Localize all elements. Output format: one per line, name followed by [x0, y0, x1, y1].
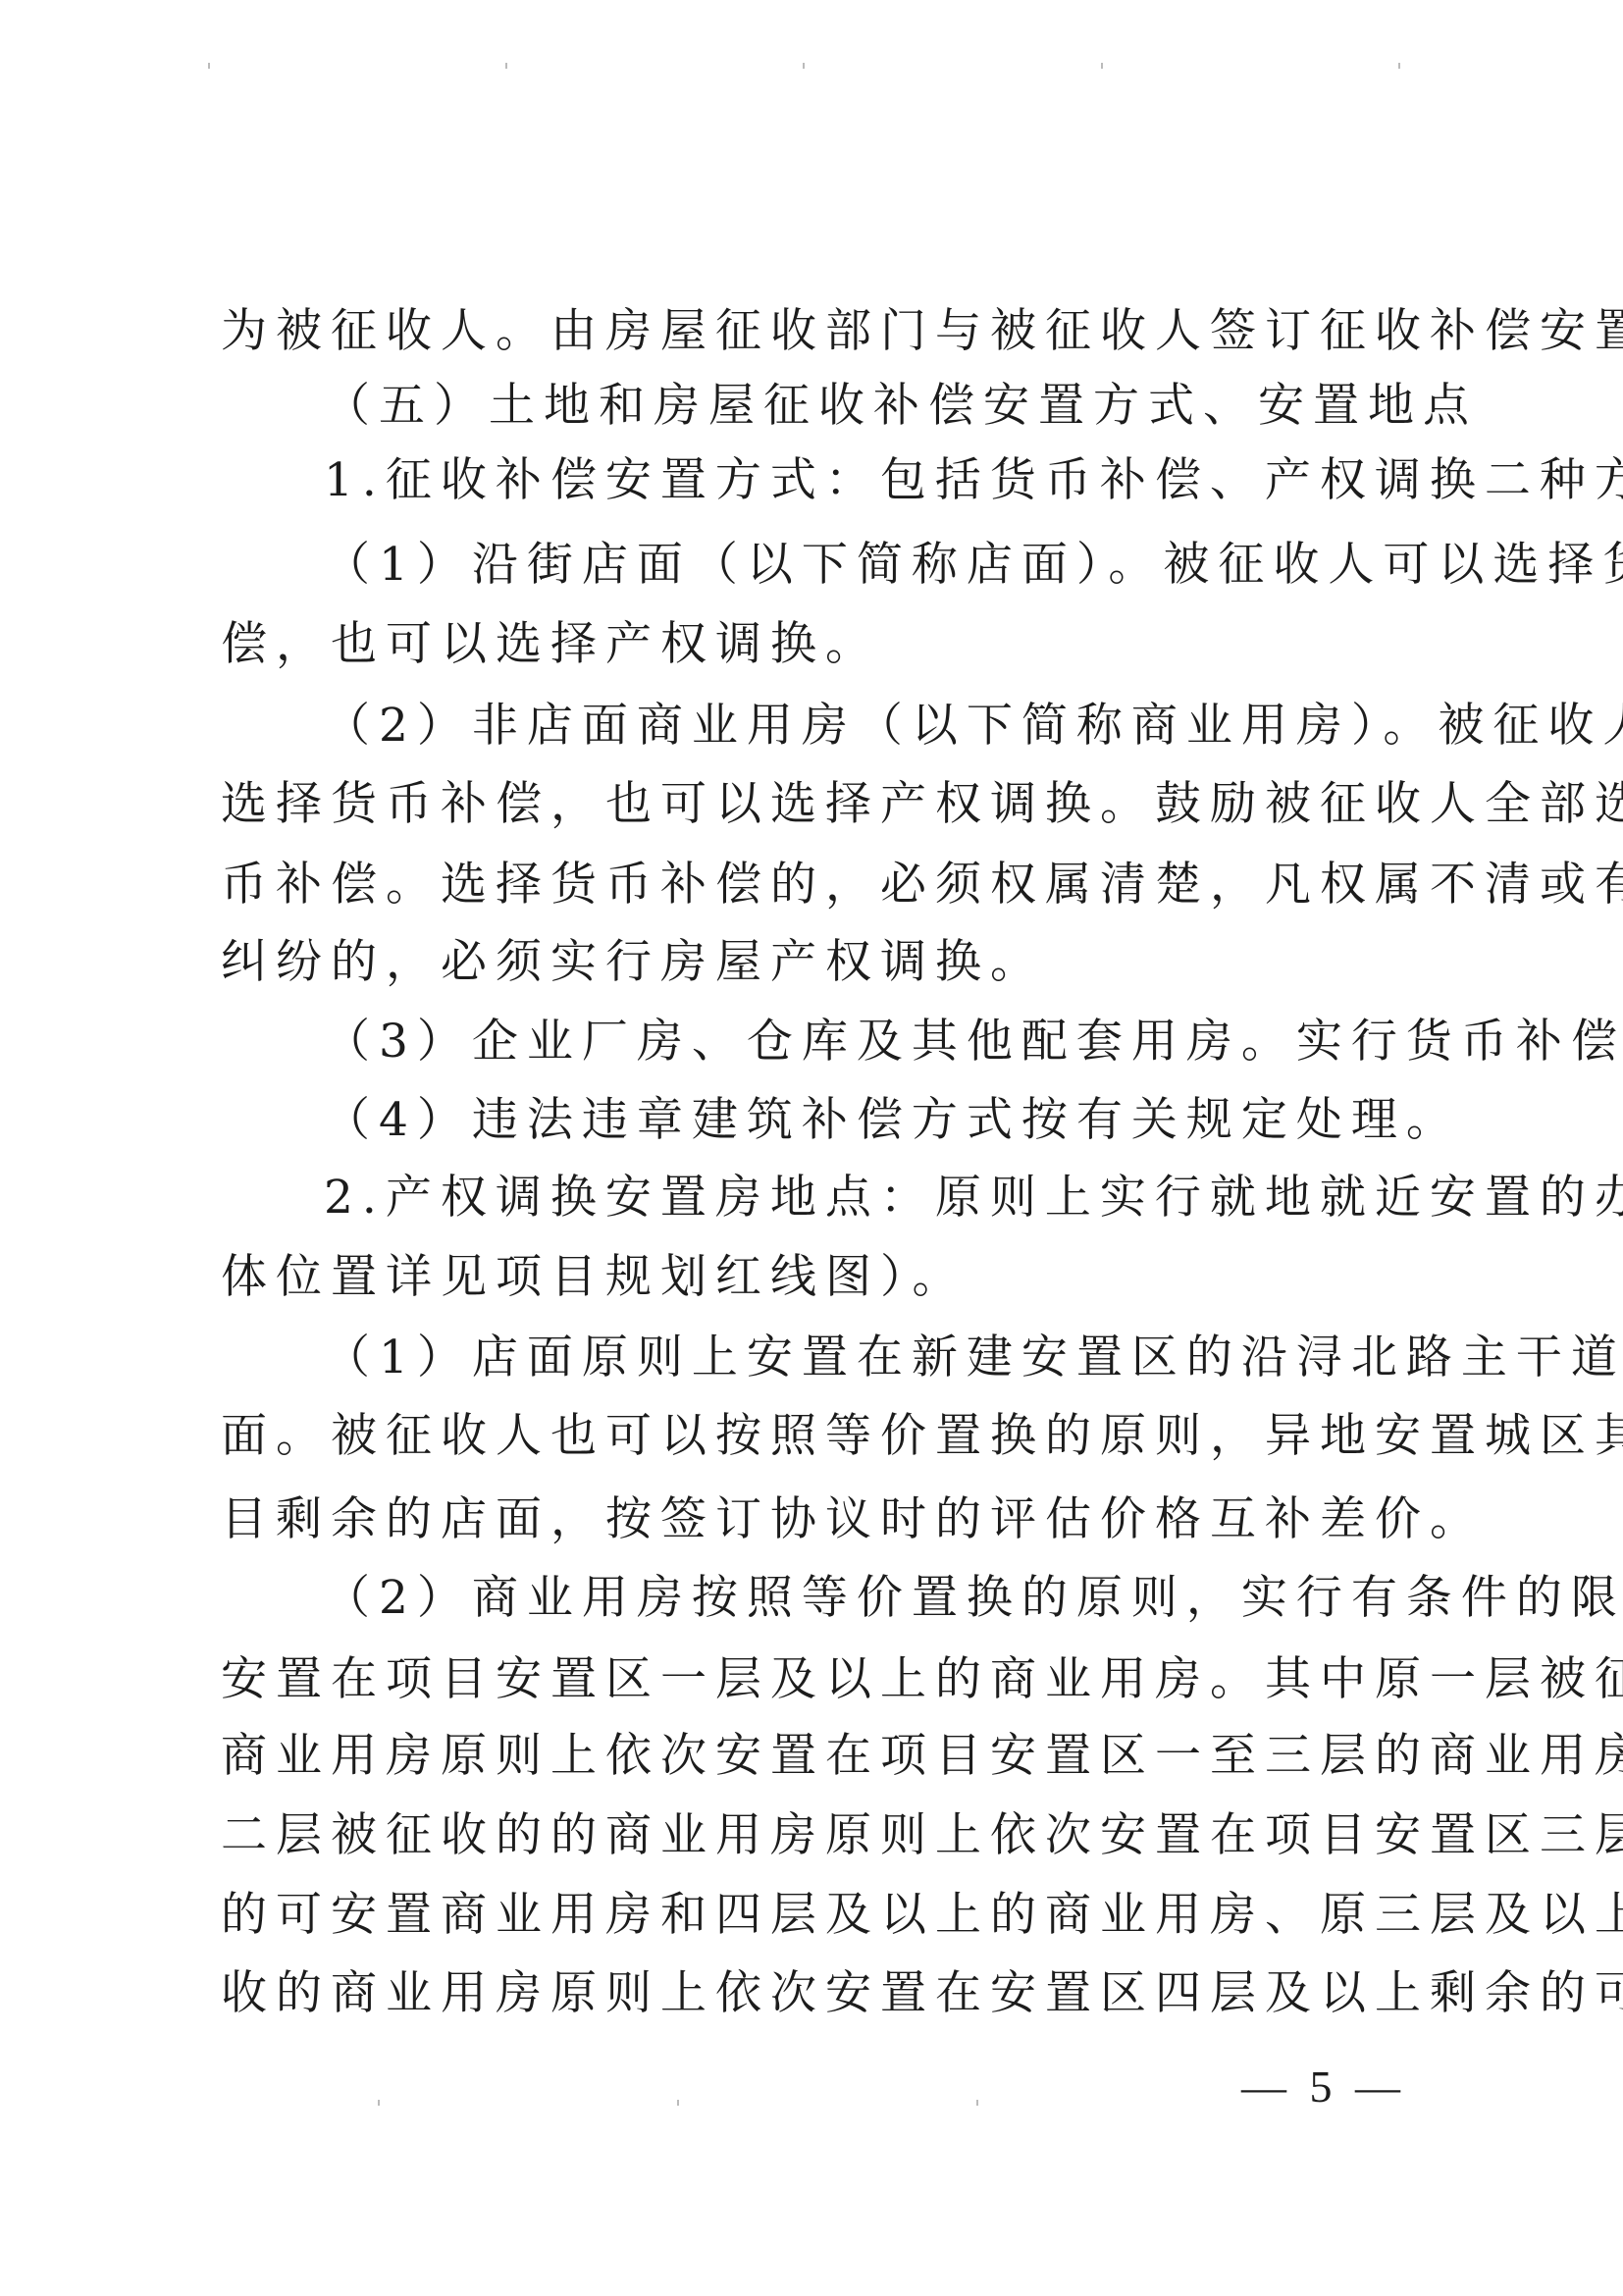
- scan-mark: [1398, 63, 1400, 69]
- text-line: 安置在项目安置区一层及以上的商业用房。其中原一层被征收的: [221, 1650, 1438, 1709]
- text-line: 商业用房原则上依次安置在项目安置区一至三层的商业用房、原: [221, 1727, 1438, 1786]
- text-line: 的可安置商业用房和四层及以上的商业用房、原三层及以上被征: [221, 1886, 1438, 1945]
- text-line: （1）店面原则上安置在新建安置区的沿浔北路主干道的店: [324, 1329, 1541, 1387]
- scan-mark: [803, 63, 805, 69]
- scan-mark: [505, 63, 507, 69]
- text-line: 收的商业用房原则上依次安置在安置区四层及以上剩余的可安置: [221, 1964, 1438, 2023]
- page-number: — 5 —: [1241, 2061, 1406, 2113]
- text-line: 2.产权调换安置房地点：原则上实行就地就近安置的办法（具: [324, 1169, 1541, 1227]
- text-line: 选择货币补偿，也可以选择产权调换。鼓励被征收人全部选择货: [221, 775, 1438, 834]
- text-line: 二层被征收的的商业用房原则上依次安置在项目安置区三层剩余: [221, 1806, 1438, 1865]
- text-line: （1）沿街店面（以下简称店面）。被征收人可以选择货币补: [324, 536, 1541, 595]
- text-line: 体位置详见项目规划红线图）。: [221, 1248, 1438, 1307]
- scan-mark: [677, 2100, 679, 2106]
- scan-mark: [378, 2100, 380, 2106]
- text-line: 面。被征收人也可以按照等价置换的原则，异地安置城区其他项: [221, 1407, 1438, 1466]
- text-line: （3）企业厂房、仓库及其他配套用房。实行货币补偿。: [324, 1013, 1541, 1071]
- scan-mark: [1101, 63, 1103, 69]
- scan-mark: [976, 2100, 978, 2106]
- text-line: 币补偿。选择货币补偿的，必须权属清楚，凡权属不清或有产权: [221, 856, 1438, 914]
- scan-mark: [208, 63, 210, 69]
- text-line: 纠纷的，必须实行房屋产权调换。: [221, 933, 1438, 992]
- text-line: （五）土地和房屋征收补偿安置方式、安置地点: [324, 377, 1541, 436]
- text-line: （2）非店面商业用房（以下简称商业用房）。被征收人可以: [324, 697, 1541, 756]
- text-line: 偿，也可以选择产权调换。: [221, 615, 1438, 674]
- text-line: （4）违法违章建筑补偿方式按有关规定处理。: [324, 1091, 1541, 1150]
- text-line: （2）商业用房按照等价置换的原则，实行有条件的限量置换，: [324, 1569, 1541, 1628]
- text-line: 1.征收补偿安置方式：包括货币补偿、产权调换二种方式。: [324, 451, 1541, 510]
- text-line: 为被征收人。由房屋征收部门与被征收人签订征收补偿安置协议。: [221, 302, 1438, 361]
- text-line: 目剩余的店面，按签订协议时的评估价格互补差价。: [221, 1490, 1438, 1549]
